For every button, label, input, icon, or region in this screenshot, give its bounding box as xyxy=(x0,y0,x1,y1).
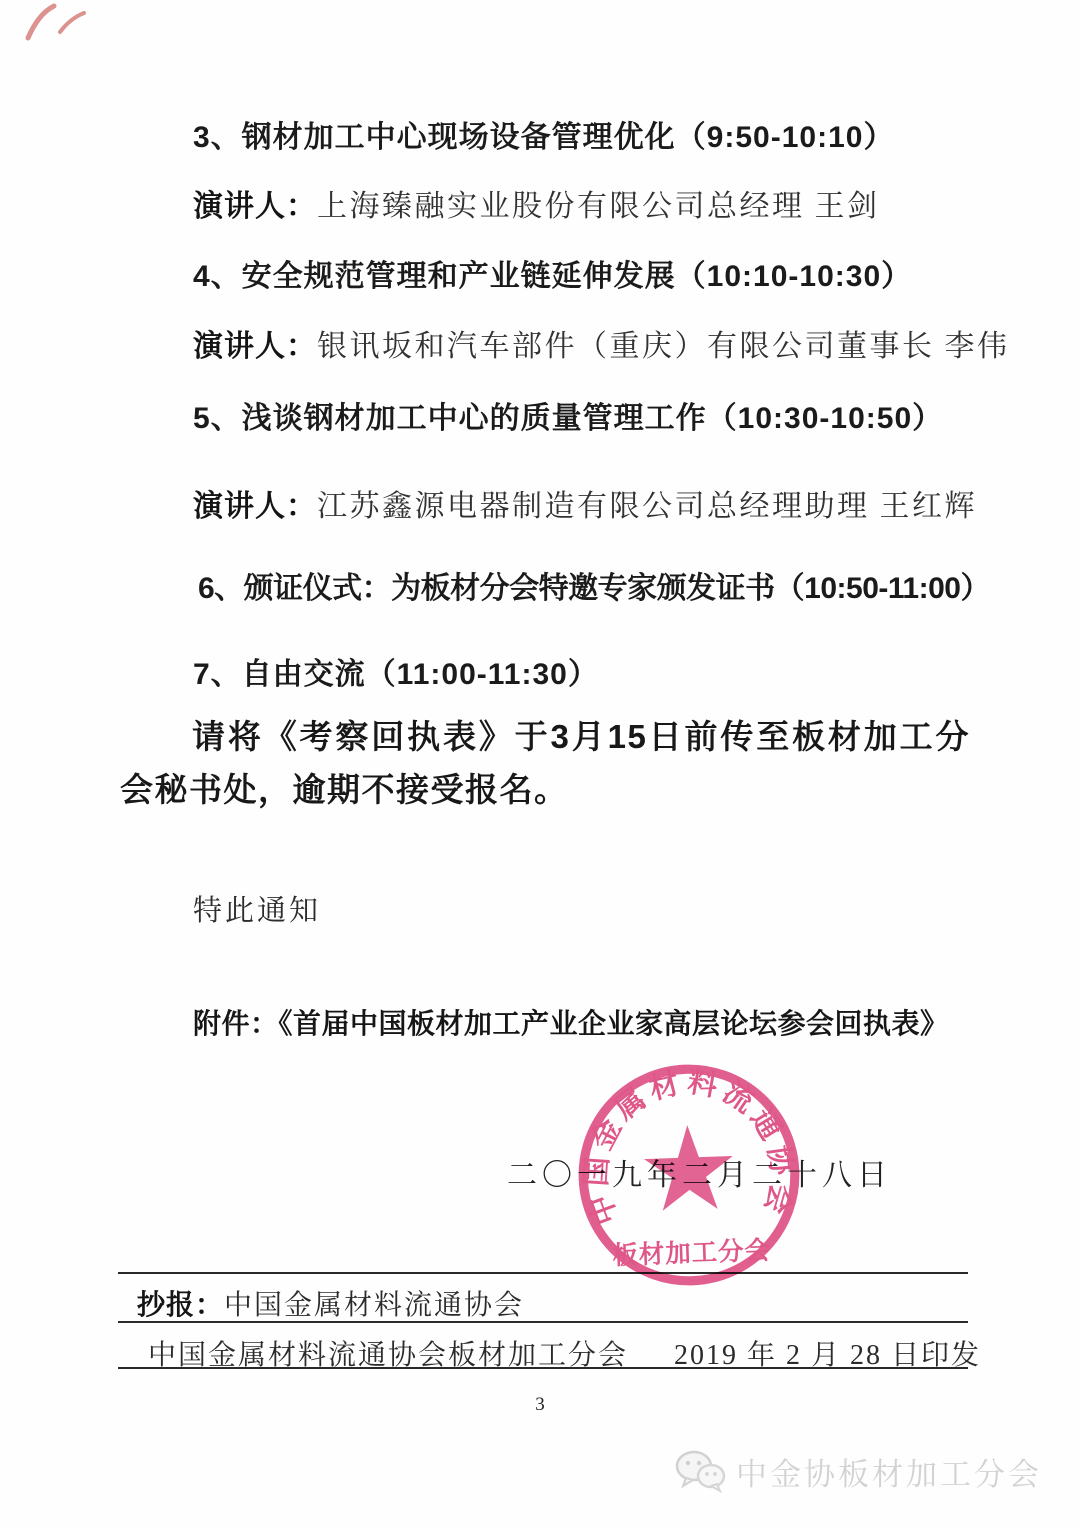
wechat-icon xyxy=(674,1448,726,1494)
footer-rule-middle xyxy=(118,1321,968,1323)
stamp-star xyxy=(643,1124,735,1212)
agenda-item-6-title: 6、颁证仪式：为板材分会特邀专家颁发证书（10:50-11:00） xyxy=(198,563,990,607)
agenda-item-4-title: 4、安全规范管理和产业链延伸发展（10:10-10:30） xyxy=(193,251,912,295)
speaker-name: 江苏鑫源电器制造有限公司总经理助理 王红辉 xyxy=(317,490,977,523)
agenda-item-3-title: 3、钢材加工中心现场设备管理优化（9:50-10:10） xyxy=(193,112,894,156)
speaker-row-2: 演讲人：银讯坂和汽车部件（重庆）有限公司董事长 李伟 xyxy=(193,321,1010,365)
speaker-label: 演讲人： xyxy=(193,330,317,363)
page-number: 3 xyxy=(0,1394,1080,1416)
copy-to-label: 抄报： xyxy=(137,1289,224,1320)
speaker-name: 上海臻融实业股份有限公司总经理 王剑 xyxy=(317,190,880,223)
stamp-bottom-text: 板材加工分会 xyxy=(612,1236,772,1271)
agenda-item-5-title: 5、浅谈钢材加工中心的质量管理工作（10:30-10:50） xyxy=(193,393,943,437)
footer-rule-bottom xyxy=(118,1367,968,1369)
closing-line: 特此通知 xyxy=(193,888,321,929)
document-page: 3、钢材加工中心现场设备管理优化（9:50-10:10） 演讲人：上海臻融实业股… xyxy=(0,0,1080,1527)
wechat-watermark: 中金协板材加工分会 xyxy=(674,1448,1042,1494)
footer-copy-row: 抄报：中国金属材料流通协会 xyxy=(137,1283,524,1323)
agenda-item-7-title: 7、自由交流（11:00-11:30） xyxy=(193,649,599,693)
speaker-name: 银讯坂和汽车部件（重庆）有限公司董事长 李伟 xyxy=(317,330,1010,363)
copy-to-value: 中国金属材料流通协会 xyxy=(224,1290,524,1321)
watermark-text: 中金协板材加工分会 xyxy=(736,1449,1042,1494)
speaker-row-3: 演讲人：江苏鑫源电器制造有限公司总经理助理 王红辉 xyxy=(193,481,977,525)
footer-rule-top xyxy=(118,1272,968,1274)
official-seal-stamp: 中国金属材料流通协会 板材加工分会 xyxy=(568,1054,810,1296)
speaker-label: 演讲人： xyxy=(193,190,317,223)
notice-paragraph: 请将《考察回执表》于3月15日前传至板材加工分会秘书处，逾期不接受报名。 xyxy=(120,710,970,816)
attachment-line: 附件：《首届中国板材加工产业企业家高层论坛参会回执表》 xyxy=(193,1002,949,1042)
red-pen-marks xyxy=(22,2,92,46)
speaker-row-1: 演讲人：上海臻融实业股份有限公司总经理 王剑 xyxy=(193,181,880,225)
speaker-label: 演讲人： xyxy=(193,490,317,523)
